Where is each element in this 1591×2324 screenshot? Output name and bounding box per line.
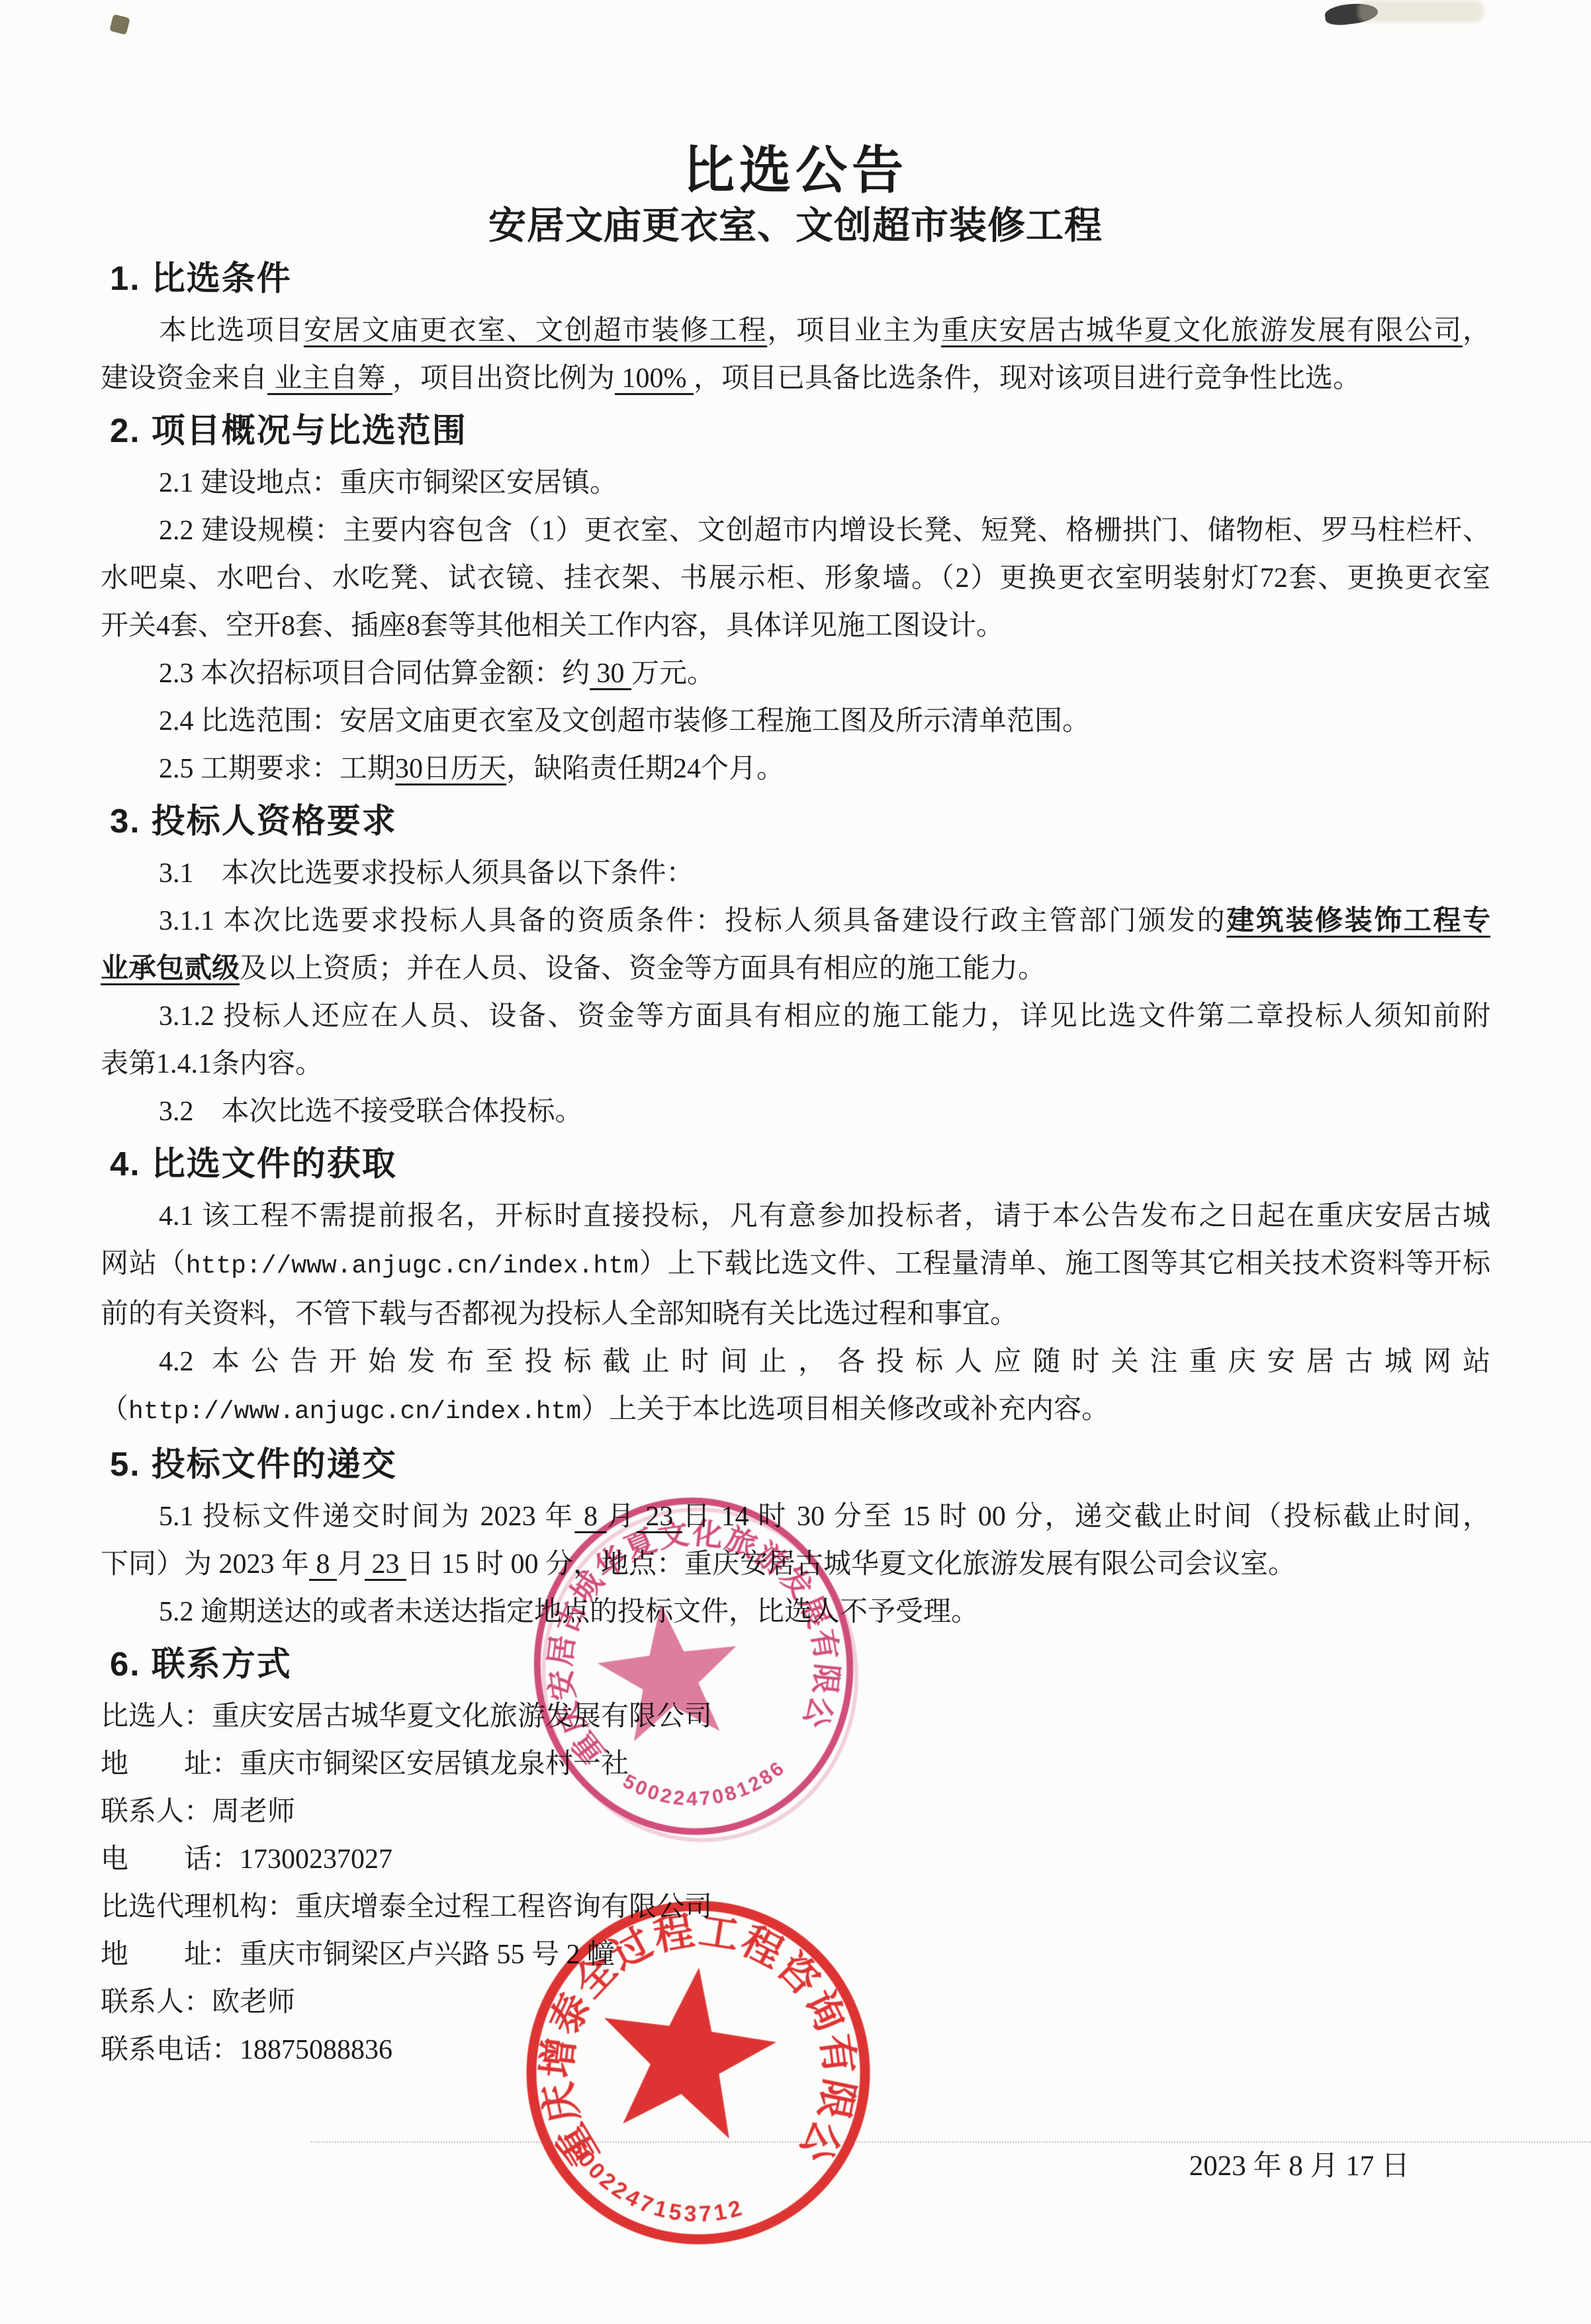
star-icon	[596, 1600, 742, 1741]
text-run: 2.5 工期要求：工期	[159, 754, 395, 784]
paragraph-line: 建设资金来自 业主自筹 ，项目出资比例为 100% ，项目已具备比选条件，现对该…	[101, 355, 1490, 402]
paragraph-line: 3.2 本次比选不接受联合体投标。	[101, 1088, 1490, 1136]
paragraph-line: 4.2 本公告开始发布至投标截止时间止，各投标人应随时关注重庆安居古城网站	[101, 1338, 1490, 1386]
text-run: 表第1.4.1条内容。	[101, 1049, 323, 1079]
text-run: 万元。	[631, 658, 715, 689]
paragraph-line: 水吧桌、水吧台、水吃凳、试衣镜、挂衣架、书展示柜、形象墙。（2）更换更衣室明装射…	[101, 555, 1490, 602]
underlined-text: 业主自筹	[267, 363, 392, 394]
section-heading: 5. 投标文件的递交	[101, 1436, 1490, 1493]
text-run: http://www.anjugc.cn/index.htm	[128, 1398, 581, 1426]
section-heading: 1. 比选条件	[101, 250, 1490, 307]
agency-seal-stamp: 重庆增泰全过程工程咨询有限公司 5002247153712	[513, 1887, 884, 2258]
text-run: 2.2 建设规模：主要内容包含（1）更衣室、文创超市内增设长凳、短凳、格栅拱门、…	[159, 515, 1490, 546]
paragraph-line: 网站（http://www.anjugc.cn/index.htm）上下载比选文…	[101, 1240, 1490, 1290]
paragraph-line: （http://www.anjugc.cn/index.htm）上关于本比选项目…	[101, 1386, 1490, 1436]
underlined-text: 23	[365, 1549, 406, 1580]
seal-company-text: 重庆安居古城华夏文化旅游发展有限公司	[515, 1488, 854, 1779]
text-run: ，	[1463, 316, 1490, 346]
paragraph-line: 4.1 该工程不需提前报名，开标时直接投标，凡有意参加投标者，请于本公告发布之日…	[101, 1192, 1490, 1240]
text-run: 3.1.1 本次比选要求投标人具备的资质条件：投标人须具备建设行政主管部门颁发的	[159, 906, 1226, 936]
text-run: 开关4套、空开8套、插座8套等其他相关工作内容，具体详见施工图设计。	[101, 611, 1004, 641]
underlined-text: 安居文庙更衣室、文创超市装修工程	[304, 316, 767, 346]
text-run: ，缺陷责任期24个月。	[506, 754, 784, 784]
paragraph-line: 3.1 本次比选要求投标人须具备以下条件：	[101, 850, 1490, 897]
text-run: 建设资金来自	[101, 363, 267, 394]
paragraph-line: 2.2 建设规模：主要内容包含（1）更衣室、文创超市内增设长凳、短凳、格栅拱门、…	[101, 507, 1490, 555]
underlined-text: 30日历天	[395, 754, 506, 784]
underlined-text: 30	[590, 658, 631, 689]
paragraph-line: 2.1 建设地点：重庆市铜梁区安居镇。	[101, 459, 1490, 507]
paragraph-line: 本比选项目安居文庙更衣室、文创超市装修工程，项目业主为重庆安居古城华夏文化旅游发…	[101, 307, 1490, 355]
paragraph-line: 3.1.1 本次比选要求投标人具备的资质条件：投标人须具备建设行政主管部门颁发的…	[101, 897, 1490, 945]
page-subtitle: 安居文庙更衣室、文创超市装修工程	[101, 201, 1490, 250]
section-heading: 3. 投标人资格要求	[101, 793, 1490, 850]
text-run: ，项目出资比例为	[392, 363, 615, 394]
paragraph-line: 3.1.2 投标人还应在人员、设备、资金等方面具有相应的施工能力，详见比选文件第…	[101, 993, 1490, 1040]
text-run: ，项目业主为	[767, 316, 941, 346]
scan-artifact	[1358, 0, 1484, 22]
page-title: 比选公告	[101, 139, 1490, 201]
seal-code-text: 5002247153712	[564, 2135, 747, 2227]
text-run: 3.1 本次比选要求投标人须具备以下条件：	[159, 858, 694, 889]
text-run: （	[101, 1394, 128, 1425]
text-run: 月	[337, 1549, 365, 1580]
owner-seal-stamp: 重庆安居古城华夏文化旅游发展有限公司 5002247081286	[515, 1488, 872, 1845]
underlined-text: 8	[309, 1549, 337, 1580]
section-heading: 4. 比选文件的获取	[101, 1136, 1490, 1192]
text-run: 3.2 本次比选不接受联合体投标。	[159, 1096, 583, 1127]
text-run: 5.1 投标文件递交时间为 2023 年	[159, 1501, 574, 1532]
text-run: ）上下载比选文件、工程量清单、施工图等其它相关技术资料等开标	[639, 1249, 1490, 1279]
paragraph-line: 2.4 比选范围：安居文庙更衣室及文创超市装修工程施工图及所示清单范围。	[101, 697, 1490, 745]
paragraph-line: 2.3 本次招标项目合同估算金额：约 30 万元。	[101, 650, 1490, 697]
text-run: 前的有关资料，不管下载与否都视为投标人全部知晓有关比选过程和事宜。	[101, 1299, 1018, 1329]
text-run: 及以上资质；并在人员、设备、资金等方面具有相应的施工能力。	[240, 954, 1046, 984]
text-run: ，项目已具备比选条件，现对该项目进行竞争性比选。	[694, 363, 1361, 394]
scan-fold-line	[311, 2141, 1591, 2143]
text-run: 4.2 本公告开始发布至投标截止时间止，各投标人应随时关注重庆安居古城网站	[159, 1347, 1490, 1377]
underlined-text: 100%	[615, 363, 694, 394]
text-run: 4.1 该工程不需提前报名，开标时直接投标，凡有意参加投标者，请于本公告发布之日…	[159, 1201, 1490, 1231]
underlined-text: 业承包贰级	[101, 954, 240, 984]
seal-code-text: 5002247081286	[617, 1751, 793, 1820]
text-run: 本比选项目	[159, 316, 304, 346]
paragraph-line: 前的有关资料，不管下载与否都视为投标人全部知晓有关比选过程和事宜。	[101, 1290, 1490, 1338]
text-run: 2.4 比选范围：安居文庙更衣室及文创超市装修工程施工图及所示清单范围。	[159, 706, 1090, 737]
section-heading: 2. 项目概况与比选范围	[101, 402, 1490, 459]
text-run: 下同）为 2023 年	[101, 1549, 309, 1580]
paragraph-line: 业承包贰级及以上资质；并在人员、设备、资金等方面具有相应的施工能力。	[101, 945, 1490, 993]
text-run: 网站（	[101, 1249, 186, 1279]
text-run: ）上关于本比选项目相关修改或补充内容。	[581, 1394, 1109, 1425]
paragraph-line: 开关4套、空开8套、插座8套等其他相关工作内容，具体详见施工图设计。	[101, 602, 1490, 650]
star-icon	[590, 1955, 786, 2143]
text-run: 2.1 建设地点：重庆市铜梁区安居镇。	[159, 468, 617, 498]
text-run: 3.1.2 投标人还应在人员、设备、资金等方面具有相应的施工能力，详见比选文件第…	[159, 1001, 1490, 1032]
text-run: http://www.anjugc.cn/index.htm	[186, 1252, 639, 1280]
paragraph-line: 2.5 工期要求：工期30日历天，缺陷责任期24个月。	[101, 745, 1490, 793]
paragraph-line: 表第1.4.1条内容。	[101, 1040, 1490, 1088]
underlined-text: 重庆安居古城华夏文化旅游发展有限公司	[941, 316, 1463, 346]
underlined-text: 建筑装修装饰工程专	[1226, 906, 1490, 936]
text-run: 水吧桌、水吧台、水吃凳、试衣镜、挂衣架、书展示柜、形象墙。（2）更换更衣室明装射…	[101, 563, 1490, 594]
text-run: 2.3 本次招标项目合同估算金额：约	[159, 658, 590, 689]
